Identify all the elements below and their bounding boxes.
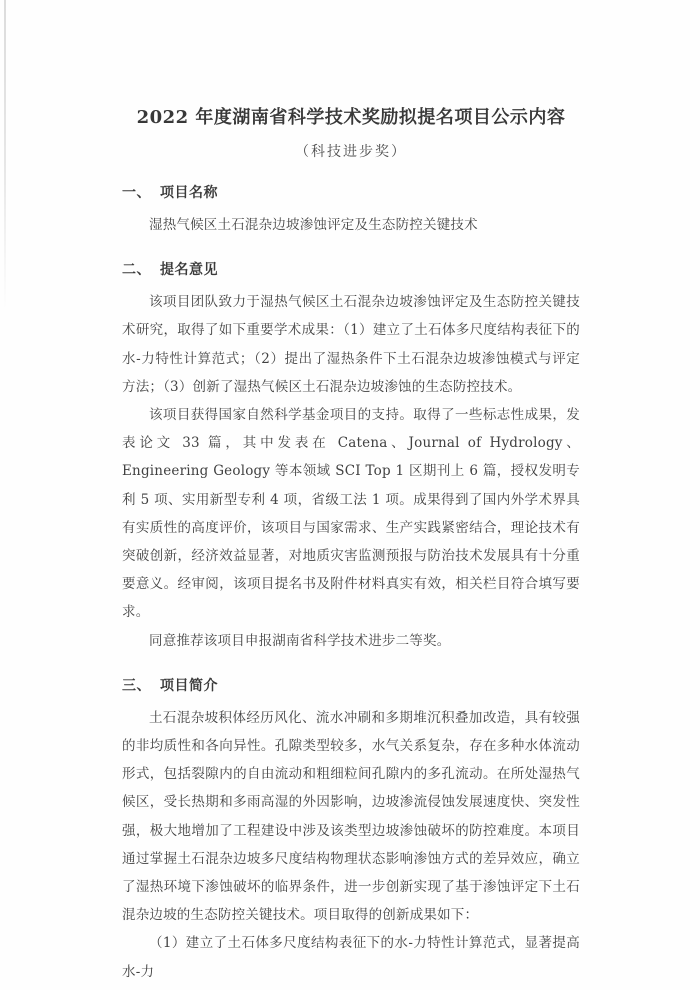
paragraph: 同意推荐该项目申报湖南省科学技术进步二等奖。 xyxy=(122,627,580,655)
section-title: 项目名称 xyxy=(160,185,218,201)
section-project-introduction: 三、项目简介 土石混杂坡积体经历风化、流水冲刷和多期堆沉积叠加改造，具有较强的非… xyxy=(122,676,580,986)
paragraph: 土石混杂坡积体经历风化、流水冲刷和多期堆沉积叠加改造，具有较强的非均质性和各向异… xyxy=(122,704,580,930)
section-title: 提名意见 xyxy=(160,262,218,278)
section-project-name: 一、项目名称 湿热气候区土石混杂边坡渗蚀评定及生态防控关键技术 xyxy=(122,183,580,239)
section-number: 三、 xyxy=(122,676,151,696)
document-page: 2022 年度湖南省科学技术奖励拟提名项目公示内容 （科技进步奖） 一、项目名称… xyxy=(0,0,700,990)
document-content: 2022 年度湖南省科学技术奖励拟提名项目公示内容 （科技进步奖） 一、项目名称… xyxy=(122,0,580,986)
paragraph: 该项目获得国家自然科学基金项目的支持。取得了一些标志性成果，发表论文 33 篇，… xyxy=(122,401,580,627)
paragraph: 该项目团队致力于湿热气候区土石混杂边坡渗蚀评定及生态防控关键技术研究，取得了如下… xyxy=(122,288,580,401)
document-subtitle: （科技进步奖） xyxy=(122,142,580,162)
section-heading-nomination-opinion: 二、提名意见 xyxy=(122,260,580,280)
section-number: 一、 xyxy=(122,183,151,203)
paragraph: 湿热气候区土石混杂边坡渗蚀评定及生态防控关键技术 xyxy=(122,211,580,239)
section-heading-project-name: 一、项目名称 xyxy=(122,183,580,203)
section-number: 二、 xyxy=(122,260,151,280)
paragraph: （1）建立了土石体多尺度结构表征下的水-力特性计算范式，显著提高水-力 xyxy=(122,929,580,985)
document-title: 2022 年度湖南省科学技术奖励拟提名项目公示内容 xyxy=(122,103,580,133)
section-title: 项目简介 xyxy=(160,678,218,694)
section-nomination-opinion: 二、提名意见 该项目团队致力于湿热气候区土石混杂边坡渗蚀评定及生态防控关键技术研… xyxy=(122,260,580,655)
section-heading-project-introduction: 三、项目简介 xyxy=(122,676,580,696)
scan-edge-artifact xyxy=(4,0,6,310)
